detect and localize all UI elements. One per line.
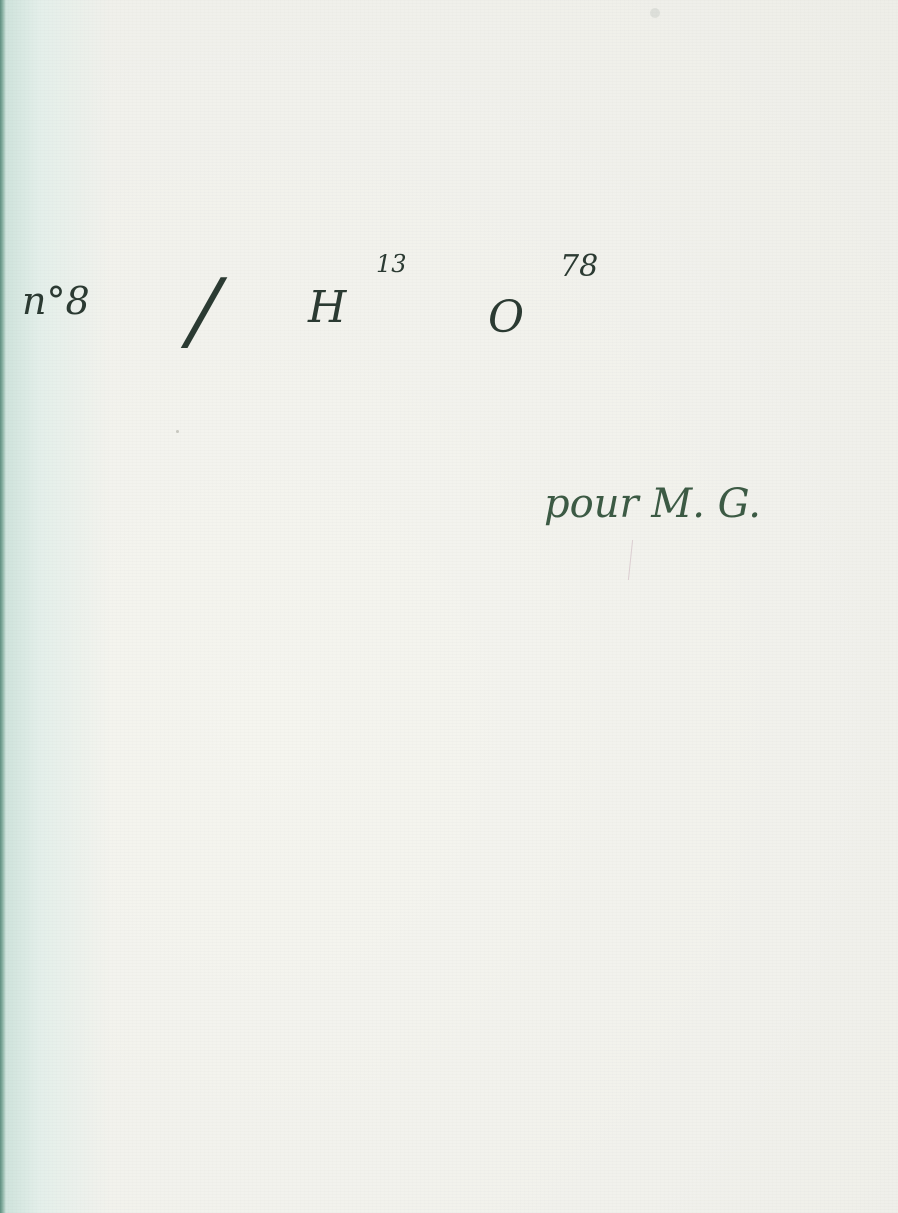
paper-speck <box>650 8 660 18</box>
reference-o-value: 78 <box>560 252 598 282</box>
reference-o-label: O <box>488 296 524 340</box>
reference-h-label: H <box>308 286 346 330</box>
signature: pour M. G. <box>544 484 761 524</box>
reference-h-value: 13 <box>376 252 407 276</box>
paper-speck <box>176 430 179 433</box>
reference-number: n°8 <box>22 282 90 320</box>
paper-sheet <box>0 0 898 1213</box>
